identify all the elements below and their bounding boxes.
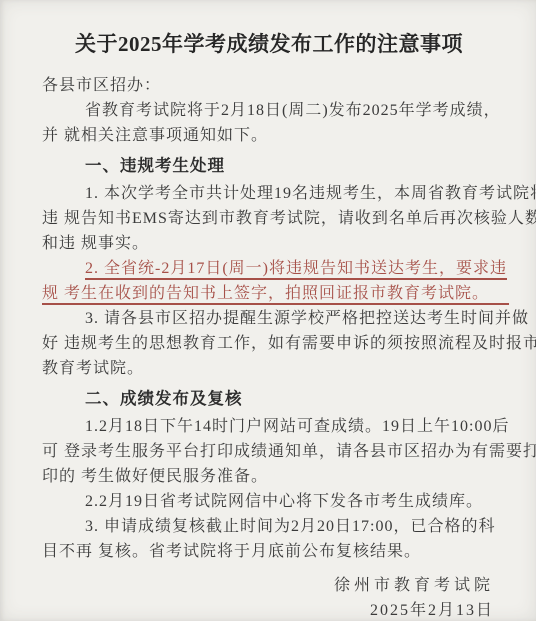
section-2-item-2-line-1: 2.2月19日省考试院网信中心将下发各市考生成绩库。 xyxy=(42,489,496,514)
document-title: 关于2025年学考成绩发布工作的注意事项 xyxy=(42,28,496,58)
section-1-item-3-line-2: 好 违规考生的思想教育工作，如有需要申诉的须按照流程及时报市 xyxy=(42,331,496,356)
section-2-item-3-line-2: 目不再 复核。省考试院将于月底前公布复核结果。 xyxy=(42,539,496,564)
section-2-heading: 二、成绩发布及复核 xyxy=(42,386,496,411)
section-2-item-1-line-1: 1.2月18日下午14时门户网站可查成绩。19日上午10:00后 xyxy=(42,414,496,439)
section-2-item-3-line-1: 3. 申请成绩复核截止时间为2月20日17:00，已合格的科 xyxy=(42,514,496,539)
section-1-heading: 一、违规考生处理 xyxy=(42,153,496,178)
salutation: 各县市区招办： xyxy=(42,73,496,98)
section-1-item-2-line-2: 规 考生在收到的告知书上签字，拍照回证报市教育考试院。 xyxy=(42,281,496,306)
section-1-item-3-line-3: 教育考试院。 xyxy=(42,356,496,381)
signature-date: 2025年2月13日 xyxy=(42,598,496,621)
signature-organization: 徐州市教育考试院 xyxy=(42,573,496,598)
section-1-item-1-line-1: 1. 本次学考全市共计处理19名违规考生，本周省教育考试院将 xyxy=(42,181,496,206)
intro-line-1: 省教育考试院将于2月18日(周二)发布2025年学考成绩， xyxy=(42,98,496,123)
section-2-item-1-line-2: 可 登录考生服务平台打印成绩通知单，请各县市区招办为有需要打 xyxy=(42,439,496,464)
section-1-item-1-line-2: 违 规告知书EMS寄达到市教育考试院，请收到名单后再次核验人数 xyxy=(42,206,496,231)
notice-document: 关于2025年学考成绩发布工作的注意事项 各县市区招办： 省教育考试院将于2月1… xyxy=(0,0,536,621)
section-1-item-1-line-3: 和违 规事实。 xyxy=(42,231,496,256)
section-2-item-1-line-3: 印的 考生做好便民服务准备。 xyxy=(42,464,496,489)
intro-line-2: 并 就相关注意事项通知如下。 xyxy=(42,123,496,148)
section-1-item-2-line-1: 2. 全省统-2月17日(周一)将违规告知书送达考生，要求违 xyxy=(42,256,496,281)
section-1-item-3-line-1: 3. 请各县市区招办提醒生源学校严格把控送达考生时间并做 xyxy=(42,306,496,331)
